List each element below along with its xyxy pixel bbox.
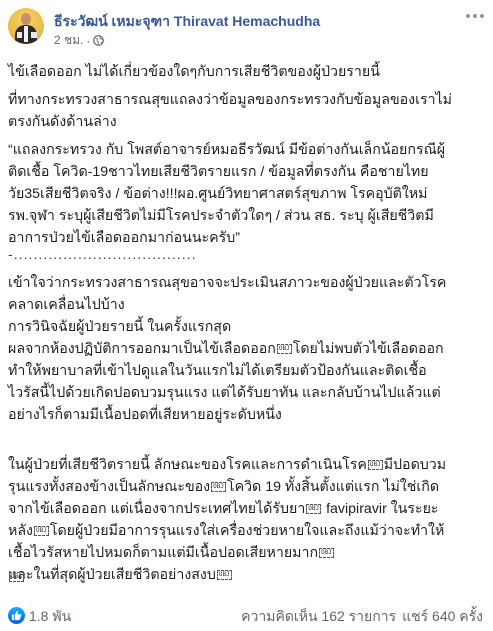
text-segment: และในที่สุดผู้ป่วยเสียชีวิตอย่างสงบ xyxy=(8,567,216,583)
text-line: จากไข้เลือดออก แต่เนื่องจากประเทศไทยได้ร… xyxy=(8,498,446,520)
text-line: ตรงกันดังด้านล่าง xyxy=(8,111,452,133)
text-line: และในที่สุดผู้ป่วยเสียชีวิตอย่างสงบOBJ xyxy=(8,564,446,586)
text-line: อย่างไรก็ตามมีเนื้อปอดที่เสียหายอยู่ระดั… xyxy=(8,404,446,426)
obj-placeholder-icon: OBJ xyxy=(306,504,321,514)
avatar-card-right xyxy=(31,32,37,38)
dot xyxy=(466,14,470,18)
reactions-count[interactable]: 1.8 พัน xyxy=(29,606,71,628)
text-segment: หลัง xyxy=(8,523,33,539)
author-name-link[interactable]: ธีระวัฒน์ เหมะจุฑา Thiravat Hemachudha xyxy=(54,11,320,33)
text-segment: โควิด 19 ทั้งสิ้นตั้งแต่แรก ไม่ใช่เกิด xyxy=(227,479,439,495)
globe-icon[interactable] xyxy=(93,35,104,46)
text-line: ในผู้ป่วยที่เสียชีวิตรายนี้ ลักษณะของโรค… xyxy=(8,454,446,476)
text-line: ผลจากห้องปฏิบัติการออกมาเป็นไข้เลือดออกO… xyxy=(8,338,446,360)
obj-placeholder-icon: OBJ xyxy=(34,526,49,536)
meta-separator: · xyxy=(86,34,90,48)
text-line: รพ.จุฬา ระบุผู้เสียชีวิตไม่มีโรคประจำตัว… xyxy=(8,205,445,227)
text-line: ที่ทางกระทรวงสาธารณสุขแถลงว่าข้อมูลของกร… xyxy=(8,89,452,111)
paragraph-dengue-statement: ไข้เลือดออก ไม่ได้เกี่ยวข้องใดๆกับการเสี… xyxy=(8,61,380,83)
text-segment: จากไข้เลือดออก แต่เนื่องจากประเทศไทยได้ร… xyxy=(8,501,305,517)
text-line: “แถลงกระทรวง กับ โพสต์อาจารย์หมอธีรวัฒน์… xyxy=(8,139,445,161)
text-segment: ในผู้ป่วยที่เสียชีวิตรายนี้ ลักษณะของโรค… xyxy=(8,457,367,473)
paragraph-diagnosis: เข้าใจว่ากระทรวงสาธารณสุขอาจจะประเมินสภา… xyxy=(8,272,446,426)
text-segment: รุนแรงทั้งสองข้างเป็นลักษณะของ xyxy=(8,479,210,495)
text-line: ไวรัสนี้ไปด้วยเกิดปอดบวมรุนแรง แต่ได้รับ… xyxy=(8,382,446,404)
text-line: ไข้เลือดออก ไม่ได้เกี่ยวข้องใดๆกับการเสี… xyxy=(8,61,380,83)
text-segment: favipiravir ในระยะ xyxy=(322,501,438,517)
like-icon[interactable] xyxy=(8,607,25,624)
text-line: หลังOBJโดยผู้ป่วยมีอาการรุนแรงใส่เครื่อง… xyxy=(8,520,446,542)
paragraph-ministry-mismatch: ที่ทางกระทรวงสาธารณสุขแถลงว่าข้อมูลของกร… xyxy=(8,89,452,133)
text-segment: เชื้อไวรัสหายไปหมดก็ตามแต่มีเนื้อปอดเสีย… xyxy=(8,545,318,561)
post-timestamp[interactable]: 2 ชม. xyxy=(54,31,83,50)
text-line: การวินิจฉัยผู้ป่วยรายนี้ ในครั้งแรกสุด xyxy=(8,316,446,338)
text-segment: ผลจากห้องปฏิบัติการออกมาเป็นไข้เลือดออก xyxy=(8,341,276,357)
obj-placeholder-icon: OBJ xyxy=(217,570,232,580)
obj-placeholder-icon: OBJ xyxy=(319,548,334,558)
text-segment: โดยไม่พบตัวไข้เลือดออก xyxy=(293,341,444,357)
avatar-head xyxy=(21,13,31,25)
text-line: เชื้อไวรัสหายไปหมดก็ตามแต่มีเนื้อปอดเสีย… xyxy=(8,542,446,564)
engagement-stats: ความคิดเห็น 162 รายการ แชร์ 640 ครั้ง xyxy=(241,606,483,628)
text-line: คลาดเคลื่อนไปบ้าง xyxy=(8,294,446,316)
post-footer: 1.8 พัน ความคิดเห็น 162 รายการ แชร์ 640 … xyxy=(0,602,493,630)
obj-placeholder-icon: OBJ xyxy=(9,572,24,582)
avatar-card-left xyxy=(17,32,22,38)
obj-placeholder-icon: OBJ xyxy=(368,460,383,470)
text-line: ทำให้พยาบาลที่เข้าไปดูแลในวันแรกไม่ได้เต… xyxy=(8,360,446,382)
dot xyxy=(480,14,484,18)
obj-placeholder-icon: OBJ xyxy=(277,344,292,354)
text-segment: โดยผู้ป่วยมีอาการรุนแรงใส่เครื่องช่วยหาย… xyxy=(50,523,445,539)
text-line: รุนแรงทั้งสองข้างเป็นลักษณะของOBJโควิด 1… xyxy=(8,476,446,498)
thumbs-up-icon xyxy=(11,610,22,621)
text-segment: มีปอดบวม xyxy=(384,457,446,473)
text-line: ติดเชื้อ โควิด-19ชาวไทยเสียชีวิตรายแรก /… xyxy=(8,161,445,183)
paragraph-quote: “แถลงกระทรวง กับ โพสต์อาจารย์หมอธีรวัฒน์… xyxy=(8,139,445,249)
paragraph-death-details: ในผู้ป่วยที่เสียชีวิตรายนี้ ลักษณะของโรค… xyxy=(8,454,446,586)
obj-placeholder-icon: OBJ xyxy=(211,482,226,492)
shares-count-link[interactable]: แชร์ 640 ครั้ง xyxy=(402,606,483,628)
comments-count-link[interactable]: ความคิดเห็น 162 รายการ xyxy=(241,606,396,628)
avatar-shirt xyxy=(24,26,28,42)
text-line: วัย35เสียชีวิตจริง / ข้อต่าง!!!ผอ.ศูนย์ว… xyxy=(8,183,445,205)
more-options-icon[interactable] xyxy=(466,10,484,22)
text-line: เข้าใจว่ากระทรวงสาธารณสุขอาจจะประเมินสภา… xyxy=(8,272,446,294)
dotted-separator: -..................................... xyxy=(8,244,197,266)
dot xyxy=(473,14,477,18)
post-meta: 2 ชม. · xyxy=(54,31,104,50)
post-header: ธีระวัฒน์ เหมะจุฑา Thiravat Hemachudha 2… xyxy=(0,0,493,55)
author-avatar[interactable] xyxy=(8,8,44,44)
